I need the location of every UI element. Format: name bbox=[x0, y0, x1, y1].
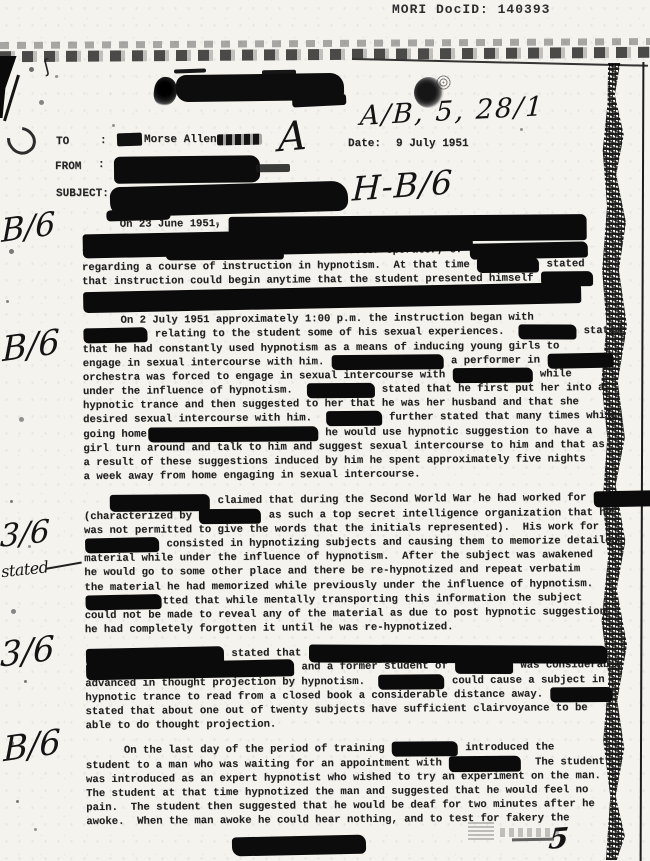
scan-page-edge-line bbox=[352, 58, 648, 67]
redaction-bar bbox=[550, 687, 612, 702]
body-text bbox=[84, 496, 110, 508]
handwritten-file-code: H-B/6 bbox=[351, 162, 453, 208]
redaction-bar bbox=[455, 659, 513, 674]
margin-annotation-b6-3: B/6 bbox=[3, 722, 61, 770]
redaction-bar bbox=[165, 245, 283, 261]
scanned-document-page: MORI DocID: 140393 ʃ A/B, 5, 28/1 A H-B/… bbox=[0, 0, 650, 861]
document-body: On 23 June 1951, was contacted bytelepho… bbox=[82, 214, 617, 841]
scan-right-edge-line bbox=[640, 62, 645, 861]
scan-circle-mark bbox=[2, 121, 41, 160]
redaction-bar bbox=[232, 835, 366, 857]
body-text: stated bbox=[540, 258, 585, 270]
body-text: awoke. When the man awoke he could hear … bbox=[86, 813, 569, 829]
redaction-bar bbox=[110, 181, 349, 218]
date-value: 9 July 1951 bbox=[396, 138, 469, 150]
body-text: relating to the student some of his sexu… bbox=[148, 326, 517, 341]
redaction-bar bbox=[199, 508, 261, 523]
body-text: as such a top secret intelligence organi… bbox=[262, 506, 612, 521]
body-line bbox=[82, 285, 612, 303]
body-text: he would use hypnotic suggestion to have… bbox=[319, 425, 592, 439]
to-label: TO bbox=[56, 136, 69, 148]
margin-annotation-stated: stated bbox=[0, 554, 83, 581]
body-text: On the last day of the period of trainin… bbox=[86, 743, 391, 757]
body-text: able to do thought projection. bbox=[86, 719, 277, 732]
redaction-bar bbox=[449, 755, 521, 772]
scan-smudge bbox=[500, 828, 562, 837]
body-line: he had completely forgotten it until he … bbox=[85, 619, 615, 637]
redaction-bar bbox=[83, 327, 147, 343]
redaction-bar bbox=[452, 367, 532, 383]
body-text: engage in sexual intercourse with him. bbox=[83, 356, 331, 370]
to-colon: : bbox=[100, 135, 107, 147]
body-text: a week away from home engaging in sexual… bbox=[84, 469, 421, 484]
scan-noise-band-bottom bbox=[0, 47, 650, 63]
body-line: a week away from home engaging in sexual… bbox=[84, 466, 614, 484]
redaction-bar bbox=[392, 742, 458, 758]
redaction-bar bbox=[110, 494, 210, 512]
redaction-bar bbox=[518, 325, 576, 340]
redaction-bar bbox=[594, 491, 650, 508]
pen-scribble bbox=[117, 133, 142, 147]
scan-dash-mark bbox=[174, 68, 206, 73]
body-text: while bbox=[533, 368, 571, 380]
handwritten-check-letter: A bbox=[278, 113, 308, 162]
redaction-bar bbox=[85, 594, 161, 611]
body-text: a performer in bbox=[445, 354, 547, 367]
redaction-bar bbox=[477, 257, 539, 272]
body-text: stated that he first put her into a bbox=[375, 382, 604, 396]
redaction-bar bbox=[332, 354, 444, 370]
body-text: claimed that during the Second World War… bbox=[211, 492, 593, 507]
scan-smudge-dash bbox=[512, 838, 554, 841]
paragraph: claimed that during the Second World War… bbox=[84, 491, 615, 637]
body-line: awoke. When the man awoke he could hear … bbox=[86, 811, 616, 829]
redaction-bar bbox=[326, 411, 382, 426]
subject-label: SUBJECT: bbox=[56, 188, 109, 200]
margin-annotation-36-1: 3/6 bbox=[0, 513, 50, 555]
body-text: desired sexual intercourse with him. bbox=[83, 413, 325, 427]
redaction-bar bbox=[547, 352, 613, 368]
paragraph: On 23 June 1951, was contacted bytelepho… bbox=[82, 214, 613, 303]
redaction-bar bbox=[176, 73, 344, 102]
scan-smudge bbox=[468, 820, 494, 840]
from-colon: : bbox=[98, 159, 105, 171]
margin-annotation-b6-1: B/6 bbox=[1, 204, 55, 250]
ink-stamp-blob bbox=[152, 76, 179, 108]
body-text: further stated that many times while bbox=[383, 410, 618, 424]
body-text: under the influence of hypnotism. bbox=[83, 384, 306, 398]
redaction-bar bbox=[148, 426, 318, 442]
pen-scribble bbox=[217, 134, 262, 146]
date-label: Date: bbox=[348, 138, 381, 150]
body-text: he had completely forgotten it until he … bbox=[85, 621, 454, 636]
body-text: a result of these suggestions induced by… bbox=[83, 453, 585, 469]
redaction-bar bbox=[306, 383, 374, 399]
redaction-bar bbox=[114, 155, 260, 184]
paragraph: On the last day of the period of trainin… bbox=[86, 740, 617, 829]
scan-speckles bbox=[0, 0, 3, 3]
body-text: stated that about one out of twenty subj… bbox=[85, 702, 587, 718]
mori-docid-header: MORI DocID: 140393 bbox=[392, 2, 550, 17]
from-label: FROM bbox=[55, 161, 81, 173]
paragraph: On 2 July 1951 approximately 1:00 p.m. t… bbox=[82, 310, 613, 484]
to-value: Morse Allen bbox=[144, 134, 217, 146]
body-text: stated bbox=[577, 325, 622, 337]
body-text: The student bbox=[522, 756, 605, 769]
body-text: regarding a course of instruction in hyp… bbox=[82, 259, 476, 274]
margin-annotation-36-2: 3/6 bbox=[0, 628, 55, 675]
paragraph: stated that and a former student of was … bbox=[85, 644, 616, 733]
body-text: stated that bbox=[225, 648, 308, 661]
body-text: On 23 June 1951, bbox=[82, 218, 228, 231]
body-text: introduced the bbox=[459, 742, 554, 755]
body-line: able to do thought projection. bbox=[85, 715, 615, 733]
body-text: student to a man who was waiting for an … bbox=[86, 757, 448, 772]
handwritten-routing-code: A/B, 5, 28/1 bbox=[359, 91, 545, 132]
redaction-bar bbox=[379, 674, 445, 690]
redaction-bar bbox=[85, 537, 159, 553]
body-text: could not be made to reveal any of the m… bbox=[85, 606, 606, 622]
body-line: stated that bbox=[85, 644, 615, 662]
margin-annotation-b6-2: B/6 bbox=[2, 322, 60, 370]
body-text: going home bbox=[83, 428, 147, 440]
body-text: could cause a subject in bbox=[446, 674, 605, 687]
